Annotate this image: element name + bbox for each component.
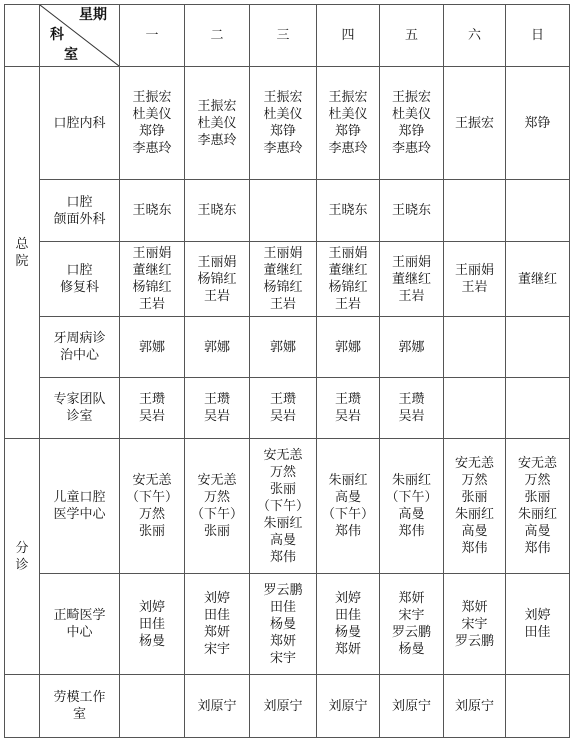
doctor-name: 张丽	[120, 523, 184, 540]
doctor-name: 李惠玲	[250, 140, 316, 157]
department-name-line: 诊室	[40, 408, 119, 425]
doctor-name: 郑伟	[317, 523, 379, 540]
doctor-name: 郑伟	[380, 523, 443, 540]
department-name: 口腔内科	[40, 67, 120, 180]
doctor-name: 安无恙	[250, 447, 316, 464]
doctor-name: 郑铮	[120, 123, 184, 140]
doctor-name: 刘原宁	[380, 698, 443, 715]
duty-cell-fri: 王丽娟董继红王岩	[380, 242, 444, 317]
doctor-name: 董继红	[380, 271, 443, 288]
duty-cell-mon: 王晓东	[120, 180, 185, 242]
doctor-name: 朱丽红	[380, 472, 443, 489]
duty-cell-sun: 郑铮	[506, 67, 570, 180]
doctor-name: 杨锦红	[317, 279, 379, 296]
doctor-name: （下午）	[250, 498, 316, 515]
doctor-name: 万然	[444, 472, 505, 489]
doctor-name: 杜美仪	[120, 106, 184, 123]
schedule-row: 口腔颌面外科王晓东王晓东王晓东王晓东	[5, 180, 570, 242]
doctor-name: 郭娜	[120, 339, 184, 356]
campus-group-char: 诊	[5, 557, 39, 574]
doctor-name: 郑铮	[380, 123, 443, 140]
doctor-name: （下午）	[185, 506, 249, 523]
doctor-name: 田佳	[185, 607, 249, 624]
doctor-name: 郭娜	[317, 339, 379, 356]
duty-cell-wed: 王瓒吴岩	[250, 378, 317, 439]
doctor-name: 董继红	[317, 262, 379, 279]
duty-cell-sat: 王振宏	[444, 67, 506, 180]
department-name-line: 专家团队	[40, 391, 119, 408]
doctor-name: 王岩	[380, 288, 443, 305]
duty-cell-sun	[506, 378, 570, 439]
duty-cell-mon: 王振宏杜美仪郑铮李惠玲	[120, 67, 185, 180]
doctor-name: 郑妍	[185, 624, 249, 641]
department-name-line: 修复科	[40, 279, 119, 296]
duty-cell-fri: 郑妍宋宇罗云鹏杨曼	[380, 574, 444, 675]
doctor-name: 罗云鹏	[250, 582, 316, 599]
day-header-sat: 六	[444, 5, 506, 67]
doctor-name: 李惠玲	[317, 140, 379, 157]
schedule-row: 专家团队诊室王瓒吴岩王瓒吴岩王瓒吴岩王瓒吴岩王瓒吴岩	[5, 378, 570, 439]
doctor-name: 安无恙	[444, 455, 505, 472]
doctor-name: 田佳	[250, 599, 316, 616]
doctor-name: 吴岩	[250, 408, 316, 425]
doctor-name: 郑妍	[250, 633, 316, 650]
doctor-name: 郑伟	[250, 549, 316, 566]
doctor-name: 王丽娟	[317, 245, 379, 262]
doctor-name: 李惠玲	[120, 140, 184, 157]
duty-cell-fri: 朱丽红（下午）高曼郑伟	[380, 439, 444, 574]
doctor-name: 刘原宁	[317, 698, 379, 715]
department-name-line: 口腔内科	[40, 115, 119, 132]
doctor-name: 朱丽红	[444, 506, 505, 523]
doctor-name: 宋宇	[185, 641, 249, 658]
duty-cell-wed: 郭娜	[250, 317, 317, 378]
doctor-name: 王岩	[250, 296, 316, 313]
doctor-name: 郑妍	[444, 599, 505, 616]
duty-cell-thu: 刘原宁	[317, 675, 380, 738]
doctor-name: 刘原宁	[250, 698, 316, 715]
duty-cell-thu: 王瓒吴岩	[317, 378, 380, 439]
duty-cell-sun: 董继红	[506, 242, 570, 317]
duty-cell-fri: 刘原宁	[380, 675, 444, 738]
doctor-name: 杜美仪	[317, 106, 379, 123]
schedule-row: 总院口腔内科王振宏杜美仪郑铮李惠玲王振宏杜美仪李惠玲王振宏杜美仪郑铮李惠玲王振宏…	[5, 67, 570, 180]
duty-cell-thu: 王晓东	[317, 180, 380, 242]
day-header-tue: 二	[185, 5, 250, 67]
duty-schedule-table: 星期 科 室 一 二 三 四 五 六 日 总院口腔内科王振宏杜美仪郑铮李惠玲王振…	[4, 4, 570, 738]
doctor-name: 吴岩	[317, 408, 379, 425]
duty-cell-fri: 王瓒吴岩	[380, 378, 444, 439]
doctor-name: 刘婷	[120, 599, 184, 616]
duty-cell-sun	[506, 675, 570, 738]
doctor-name: 杜美仪	[380, 106, 443, 123]
doctor-name: 王晓东	[185, 202, 249, 219]
group-header-cell	[5, 5, 40, 67]
duty-cell-tue: 王振宏杜美仪李惠玲	[185, 67, 250, 180]
doctor-name: 杨曼	[317, 624, 379, 641]
campus-group-char: 分	[5, 540, 39, 557]
duty-cell-sun: 安无恙万然张丽朱丽红高曼郑伟	[506, 439, 570, 574]
doctor-name: 吴岩	[185, 408, 249, 425]
doctor-name: 王岩	[444, 279, 505, 296]
duty-cell-mon: 安无恙（下午）万然张丽	[120, 439, 185, 574]
doctor-name: 朱丽红	[506, 506, 569, 523]
doctor-name: 王岩	[120, 296, 184, 313]
doctor-name: 高曼	[250, 532, 316, 549]
schedule-row: 牙周病诊治中心郭娜郭娜郭娜郭娜郭娜	[5, 317, 570, 378]
duty-cell-thu: 郭娜	[317, 317, 380, 378]
doctor-name: 罗云鹏	[380, 624, 443, 641]
doctor-name: 王丽娟	[444, 262, 505, 279]
doctor-name: 万然	[250, 464, 316, 481]
department-name: 正畸医学中心	[40, 574, 120, 675]
corner-header-cell: 星期 科 室	[40, 5, 120, 67]
doctor-name: 万然	[506, 472, 569, 489]
duty-cell-sat	[444, 180, 506, 242]
doctor-name: 罗云鹏	[444, 633, 505, 650]
department-name-line: 牙周病诊	[40, 330, 119, 347]
department-name-line: 口腔	[40, 262, 119, 279]
doctor-name: 王晓东	[380, 202, 443, 219]
doctor-name: 王瓒	[317, 391, 379, 408]
duty-cell-sat: 安无恙万然张丽朱丽红高曼郑伟	[444, 439, 506, 574]
doctor-name: 张丽	[444, 489, 505, 506]
duty-cell-sat: 郑妍宋宇罗云鹏	[444, 574, 506, 675]
doctor-name: 董继红	[250, 262, 316, 279]
doctor-name: 杨锦红	[120, 279, 184, 296]
doctor-name: 高曼	[380, 506, 443, 523]
duty-cell-mon: 郭娜	[120, 317, 185, 378]
day-header-thu: 四	[317, 5, 380, 67]
doctor-name: 王振宏	[317, 89, 379, 106]
doctor-name: 郭娜	[380, 339, 443, 356]
doctor-name: 安无恙	[185, 472, 249, 489]
doctor-name: 田佳	[506, 624, 569, 641]
doctor-name: 刘婷	[317, 590, 379, 607]
schedule-row: 分诊儿童口腔医学中心安无恙（下午）万然张丽安无恙万然（下午）张丽安无恙万然张丽（…	[5, 439, 570, 574]
doctor-name: 高曼	[317, 489, 379, 506]
doctor-name: 王振宏	[250, 89, 316, 106]
doctor-name: 杨锦红	[250, 279, 316, 296]
doctor-name: 郑伟	[444, 540, 505, 557]
doctor-name: 王丽娟	[185, 254, 249, 271]
doctor-name: 高曼	[506, 523, 569, 540]
department-name-line: 中心	[40, 624, 119, 641]
duty-cell-wed: 刘原宁	[250, 675, 317, 738]
doctor-name: 郭娜	[185, 339, 249, 356]
day-header-wed: 三	[250, 5, 317, 67]
doctor-name: 安无恙	[120, 472, 184, 489]
duty-cell-sun: 刘婷田佳	[506, 574, 570, 675]
doctor-name: 王振宏	[444, 115, 505, 132]
duty-cell-wed: 王振宏杜美仪郑铮李惠玲	[250, 67, 317, 180]
doctor-name: （下午）	[380, 489, 443, 506]
doctor-name: 安无恙	[506, 455, 569, 472]
campus-group-label: 分诊	[5, 439, 40, 675]
doctor-name: 董继红	[120, 262, 184, 279]
duty-cell-tue: 郭娜	[185, 317, 250, 378]
duty-cell-sun	[506, 180, 570, 242]
doctor-name: 刘原宁	[444, 698, 505, 715]
doctor-name: 王晓东	[120, 202, 184, 219]
department-name: 口腔颌面外科	[40, 180, 120, 242]
doctor-name: 王岩	[185, 288, 249, 305]
department-name: 儿童口腔医学中心	[40, 439, 120, 574]
duty-cell-fri: 王晓东	[380, 180, 444, 242]
department-name-line: 医学中心	[40, 506, 119, 523]
doctor-name: （下午）	[317, 506, 379, 523]
doctor-name: 杨锦红	[185, 271, 249, 288]
day-header-sun: 日	[506, 5, 570, 67]
doctor-name: 王岩	[317, 296, 379, 313]
doctor-name: 杨曼	[380, 641, 443, 658]
header-row: 星期 科 室 一 二 三 四 五 六 日	[5, 5, 570, 67]
duty-cell-sat: 王丽娟王岩	[444, 242, 506, 317]
doctor-name: 宋宇	[380, 607, 443, 624]
duty-cell-tue: 王瓒吴岩	[185, 378, 250, 439]
doctor-name: 王丽娟	[380, 254, 443, 271]
doctor-name: 万然	[120, 506, 184, 523]
doctor-name: 郑伟	[506, 540, 569, 557]
department-name: 专家团队诊室	[40, 378, 120, 439]
day-header-mon: 一	[120, 5, 185, 67]
doctor-name: 吴岩	[380, 408, 443, 425]
doctor-name: 王丽娟	[120, 245, 184, 262]
doctor-name: 李惠玲	[185, 132, 249, 149]
doctor-name: 田佳	[317, 607, 379, 624]
doctor-name: 郭娜	[250, 339, 316, 356]
doctor-name: 刘原宁	[185, 698, 249, 715]
doctor-name: 王瓒	[120, 391, 184, 408]
doctor-name: 郑铮	[250, 123, 316, 140]
day-header-fri: 五	[380, 5, 444, 67]
duty-cell-fri: 王振宏杜美仪郑铮李惠玲	[380, 67, 444, 180]
doctor-name: 王振宏	[380, 89, 443, 106]
doctor-name: 杨曼	[250, 616, 316, 633]
department-name-line: 治中心	[40, 347, 119, 364]
schedule-row: 正畸医学中心刘婷田佳杨曼刘婷田佳郑妍宋宇罗云鹏田佳杨曼郑妍宋宇刘婷田佳杨曼郑妍郑…	[5, 574, 570, 675]
doctor-name: 郑铮	[506, 115, 569, 132]
duty-cell-wed	[250, 180, 317, 242]
duty-cell-mon: 刘婷田佳杨曼	[120, 574, 185, 675]
doctor-name: （下午）	[120, 489, 184, 506]
doctor-name: 郑铮	[317, 123, 379, 140]
duty-cell-mon	[120, 675, 185, 738]
doctor-name: 高曼	[444, 523, 505, 540]
doctor-name: 王瓒	[380, 391, 443, 408]
department-name: 牙周病诊治中心	[40, 317, 120, 378]
department-name-line: 正畸医学	[40, 607, 119, 624]
doctor-name: 王振宏	[185, 98, 249, 115]
doctor-name: 万然	[185, 489, 249, 506]
department-name-line: 儿童口腔	[40, 489, 119, 506]
doctor-name: 田佳	[120, 616, 184, 633]
schedule-row: 劳模工作室刘原宁刘原宁刘原宁刘原宁刘原宁	[5, 675, 570, 738]
corner-label-dept-1: 科	[50, 27, 64, 44]
corner-label-day: 星期	[79, 7, 107, 24]
doctor-name: 杨曼	[120, 633, 184, 650]
duty-cell-sat: 刘原宁	[444, 675, 506, 738]
duty-cell-mon: 王瓒吴岩	[120, 378, 185, 439]
duty-cell-thu: 朱丽红高曼（下午）郑伟	[317, 439, 380, 574]
department-name-line: 口腔	[40, 194, 119, 211]
campus-group-label	[5, 675, 40, 738]
doctor-name: 王晓东	[317, 202, 379, 219]
campus-group-char: 院	[5, 253, 39, 270]
department-name: 口腔修复科	[40, 242, 120, 317]
duty-cell-fri: 郭娜	[380, 317, 444, 378]
duty-cell-wed: 安无恙万然张丽（下午）朱丽红高曼郑伟	[250, 439, 317, 574]
doctor-name: 宋宇	[250, 650, 316, 667]
doctor-name: 杜美仪	[250, 106, 316, 123]
doctor-name: 刘婷	[506, 607, 569, 624]
duty-cell-thu: 刘婷田佳杨曼郑妍	[317, 574, 380, 675]
department-name-line: 颌面外科	[40, 211, 119, 228]
duty-cell-wed: 罗云鹏田佳杨曼郑妍宋宇	[250, 574, 317, 675]
doctor-name: 朱丽红	[250, 515, 316, 532]
duty-cell-tue: 刘原宁	[185, 675, 250, 738]
doctor-name: 宋宇	[444, 616, 505, 633]
doctor-name: 王瓒	[250, 391, 316, 408]
duty-cell-thu: 王振宏杜美仪郑铮李惠玲	[317, 67, 380, 180]
duty-cell-tue: 王晓东	[185, 180, 250, 242]
doctor-name: 杜美仪	[185, 115, 249, 132]
doctor-name: 郑妍	[380, 590, 443, 607]
corner-label-dept-2: 室	[64, 47, 78, 64]
schedule-row: 口腔修复科王丽娟董继红杨锦红王岩王丽娟杨锦红王岩王丽娟董继红杨锦红王岩王丽娟董继…	[5, 242, 570, 317]
duty-cell-sun	[506, 317, 570, 378]
doctor-name: 李惠玲	[380, 140, 443, 157]
doctor-name: 朱丽红	[317, 472, 379, 489]
campus-group-char: 总	[5, 236, 39, 253]
doctor-name: 张丽	[506, 489, 569, 506]
doctor-name: 王瓒	[185, 391, 249, 408]
department-name-line: 劳模工作	[40, 689, 119, 706]
duty-cell-tue: 刘婷田佳郑妍宋宇	[185, 574, 250, 675]
doctor-name: 张丽	[250, 481, 316, 498]
duty-cell-mon: 王丽娟董继红杨锦红王岩	[120, 242, 185, 317]
department-name: 劳模工作室	[40, 675, 120, 738]
duty-cell-tue: 安无恙万然（下午）张丽	[185, 439, 250, 574]
duty-cell-sat	[444, 378, 506, 439]
doctor-name: 王振宏	[120, 89, 184, 106]
doctor-name: 张丽	[185, 523, 249, 540]
department-name-line: 室	[40, 706, 119, 723]
duty-cell-thu: 王丽娟董继红杨锦红王岩	[317, 242, 380, 317]
doctor-name: 吴岩	[120, 408, 184, 425]
doctor-name: 董继红	[506, 271, 569, 288]
duty-cell-sat	[444, 317, 506, 378]
campus-group-label: 总院	[5, 67, 40, 439]
duty-cell-tue: 王丽娟杨锦红王岩	[185, 242, 250, 317]
doctor-name: 刘婷	[185, 590, 249, 607]
doctor-name: 王丽娟	[250, 245, 316, 262]
duty-cell-wed: 王丽娟董继红杨锦红王岩	[250, 242, 317, 317]
doctor-name: 郑妍	[317, 641, 379, 658]
